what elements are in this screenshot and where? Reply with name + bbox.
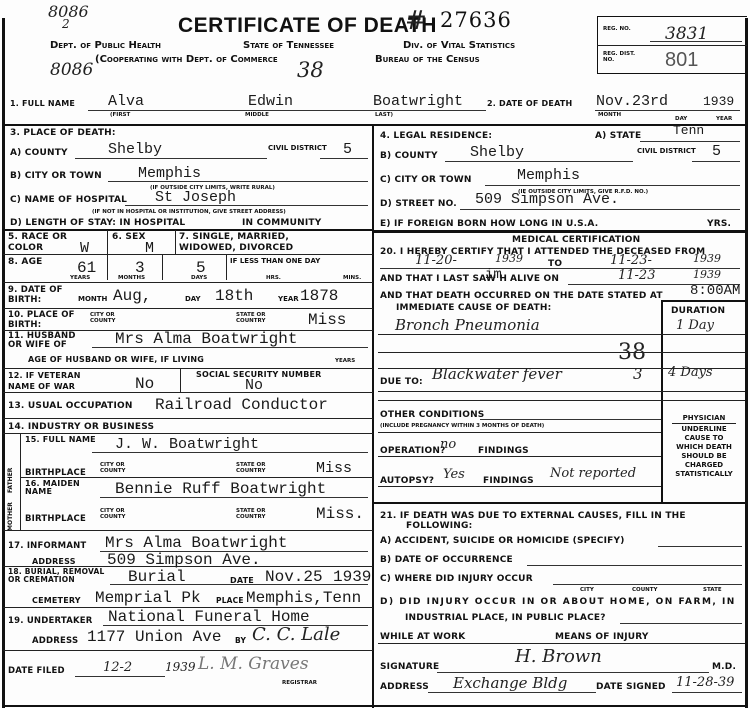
- cert-number-symbol: #: [405, 6, 427, 36]
- father-city-label: CITY OR COUNTY: [100, 462, 130, 474]
- attended-from-year: 1939: [495, 252, 523, 265]
- residence-civil-label: CIVIL DISTRICT: [637, 148, 697, 155]
- date-filed-year: 1939: [165, 660, 196, 674]
- occupation-label: 13. USUAL OCCUPATION: [8, 401, 133, 411]
- death-county: Shelby: [108, 141, 162, 158]
- bureau-census: Bureau of the Census: [375, 54, 480, 65]
- death-time-label: AND THAT DEATH OCCURRED ON THE DATE STAT…: [380, 291, 663, 301]
- burial-date-label: DATE: [230, 576, 254, 585]
- residence-state: Tenn: [673, 123, 704, 138]
- mins-caption: MINS.: [343, 275, 361, 281]
- month-caption: MONTH: [598, 112, 621, 118]
- mother-birthplace-label: BIRTHPLACE: [25, 514, 86, 524]
- hospital-label: C) NAME OF HOSPITAL: [10, 195, 127, 205]
- less-than-day-label: IF LESS THAN ONE DAY: [230, 258, 320, 264]
- dob-month: Aug,: [113, 287, 151, 305]
- registrar-signature: L. M. Graves: [198, 654, 309, 674]
- marital-status-label: 7. SINGLE, MARRIED, WIDOWED, DIVORCED: [179, 232, 329, 254]
- duration-divider: [661, 300, 663, 502]
- years-caption: YEARS: [70, 275, 90, 281]
- death-time: 8:00AM: [690, 283, 740, 299]
- date-of-death-label: 2. DATE OF DEATH: [487, 99, 572, 108]
- physician-address-label: ADDRESS: [380, 682, 429, 692]
- informant-label: 17. INFORMANT: [8, 541, 86, 551]
- dob-year: 1878: [300, 287, 338, 305]
- autopsy-label: AUTOPSY?: [380, 476, 434, 486]
- note-38: 38: [618, 340, 646, 365]
- residence-county: Shelby: [470, 144, 524, 161]
- father-name: J. W. Boatwright: [115, 436, 259, 453]
- attended-from: 11-20-: [415, 253, 457, 268]
- death-civil-label: CIVIL DISTRICT: [268, 145, 328, 152]
- attended-to: 11-23-: [610, 253, 652, 268]
- age-label: 8. AGE: [8, 257, 43, 267]
- father-state-label: STATE OR COUNTRY: [236, 462, 276, 474]
- residence-county-label: B) COUNTY: [380, 151, 438, 161]
- stay-community-label: IN COMMUNITY: [242, 218, 321, 228]
- residence-label: 4. LEGAL RESIDENCE:: [380, 131, 492, 141]
- residence-civil-district: 5: [712, 143, 721, 160]
- year-caption: YEAR: [716, 116, 732, 122]
- occupation-value: Railroad Conductor: [155, 396, 328, 414]
- spouse-name: Mrs Alma Boatwright: [115, 330, 297, 348]
- signature-label: SIGNATURE: [380, 662, 439, 672]
- spouse-label: 11. HUSBAND OR WIFE OF: [8, 332, 88, 350]
- first-caption: (FIRST: [110, 112, 130, 118]
- immediate-cause-label: IMMEDIATE CAUSE OF DEATH:: [396, 303, 551, 313]
- street-value: 509 Simpson Ave.: [475, 191, 619, 208]
- days-caption: DAYS: [191, 275, 207, 281]
- cemetery-value: Memprial Pk: [95, 589, 201, 607]
- accident-label: A) ACCIDENT, SUICIDE OR HOMICIDE (SPECIF…: [380, 536, 625, 546]
- full-name-first: Alva: [108, 93, 144, 110]
- death-city: Memphis: [138, 165, 201, 182]
- death-civil-district: 5: [343, 141, 352, 158]
- burial-label: 18. BURIAL, REMOVAL OR CREMATION: [8, 568, 118, 584]
- alive-on-label: ALIVE ON: [510, 274, 559, 284]
- injury-place-line1: D) DID INJURY OCCUR IN OR ABOUT HOME, ON…: [380, 597, 736, 607]
- day-caption: DAY: [675, 116, 687, 122]
- duration-1: 1 Day: [676, 318, 714, 333]
- full-name-middle: Edwin: [248, 93, 293, 110]
- mother-name-label: 16. MAIDEN NAME: [25, 480, 105, 496]
- sex-label: 6. SEX: [112, 232, 146, 242]
- date-filed: 12-2: [103, 660, 132, 675]
- other-conditions-label: OTHER CONDITIONS: [380, 410, 485, 420]
- mother-city-label: CITY OR COUNTY: [100, 508, 130, 520]
- margin-note-side: 8086: [50, 60, 93, 80]
- last-seen-date: 11-23: [618, 268, 655, 283]
- medical-heading: MEDICAL CERTIFICATION: [512, 235, 640, 245]
- last-seen-year: 1939: [693, 268, 721, 281]
- last-caption: LAST): [375, 112, 393, 118]
- mother-side-label: MOTHER: [7, 483, 14, 531]
- date-of-death-year: 1939: [703, 94, 734, 109]
- place-label: PLACE: [216, 596, 244, 605]
- burial-value: Burial: [128, 568, 186, 586]
- date-filed-label: DATE FILED: [8, 666, 65, 676]
- certificate-title: CERTIFICATE OF DEATH: [178, 14, 437, 38]
- undertaker-address: 1177 Union Ave: [87, 628, 221, 646]
- date-of-death: Nov.23rd: [596, 93, 668, 110]
- residence-state-label: A) STATE: [595, 131, 641, 141]
- dob-day: 18th: [215, 287, 253, 305]
- center-divider: [372, 124, 374, 708]
- spouse-age-label: AGE OF HUSBAND OR WIFE, IF LIVING: [28, 355, 204, 364]
- reg-dist-label: REG. DIST. NO.: [603, 51, 643, 63]
- reg-no-label: REG. NO.: [603, 26, 633, 32]
- middle-caption: MIDDLE: [245, 112, 269, 118]
- physician-note: PHYSICIAN UNDERLINE CAUSE TO WHICH DEATH…: [664, 414, 744, 479]
- while-at-work-label: WHILE AT WORK: [380, 632, 465, 642]
- div-vital-statistics: Div. of Vital Statistics: [403, 40, 515, 51]
- margin-note-sub: 2: [62, 17, 70, 31]
- cemetery-label: CEMETERY: [32, 596, 81, 605]
- foreign-yrs-label: YRS.: [707, 219, 731, 229]
- hospital-note: (IF NOT IN HOSPITAL OR INSTITUTION, GIVE…: [92, 209, 286, 215]
- informant-name: Mrs Alma Boatwright: [105, 534, 287, 552]
- reg-dist: 801: [665, 49, 698, 72]
- means-of-injury-label: MEANS OF INJURY: [555, 632, 649, 642]
- father-name-label: 15. FULL NAME: [25, 436, 105, 444]
- date-signed: 11-28-39: [676, 675, 734, 690]
- date-signed-label: DATE SIGNED: [596, 682, 666, 692]
- stay-label: D) LENGTH OF STAY: IN HOSPITAL: [10, 218, 185, 228]
- hrs-caption: HRS.: [266, 275, 281, 281]
- by-label: BY: [235, 636, 246, 645]
- spouse-years-caption: YEARS: [335, 358, 355, 364]
- burial-date: Nov.25: [265, 568, 323, 586]
- due-to-mark: 3: [633, 365, 643, 383]
- due-to-cause: Blackwater fever: [432, 365, 562, 383]
- dob-day-label: DAY: [185, 296, 201, 302]
- occurrence-date-label: B) DATE OF OCCURRENCE: [380, 555, 513, 565]
- attended-to-year: 1939: [693, 252, 721, 265]
- burial-year: 1939: [333, 568, 371, 586]
- father-state: Miss: [316, 460, 352, 477]
- external-causes-line2: FOLLOWING:: [406, 521, 472, 531]
- dept-public-health: Dept. of Public Health: [50, 40, 161, 51]
- street-label: D) STREET NO.: [380, 199, 457, 209]
- injury-city-caption: CITY: [580, 587, 594, 593]
- birthplace-state: Miss: [308, 311, 346, 329]
- duration-label: DURATION: [671, 306, 725, 316]
- dob-year-label: YEAR: [278, 296, 299, 302]
- place-value: Memphis,Tenn: [246, 589, 361, 607]
- veteran-label: 12. IF VETERAN NAME OF WAR: [8, 370, 108, 392]
- full-name-last: Boatwright: [373, 93, 463, 110]
- injury-state-caption: STATE: [703, 587, 722, 593]
- autopsy-findings: Not reported: [550, 466, 636, 481]
- immediate-cause: Bronch Pneumonia: [395, 316, 540, 334]
- autopsy-findings-label: FINDINGS: [483, 476, 534, 486]
- residence-city-label: C) CITY OR TOWN: [380, 175, 472, 185]
- duration-2: 4 Days: [668, 365, 713, 380]
- external-causes-line1: 21. IF DEATH WAS DUE TO EXTERNAL CAUSES,…: [380, 511, 686, 521]
- right-border: [745, 18, 748, 708]
- residence-city: Memphis: [517, 167, 580, 184]
- death-city-label: B) CITY OR TOWN: [10, 171, 102, 181]
- last-saw-him: im: [485, 267, 502, 283]
- mother-state-label: STATE OR COUNTRY: [236, 508, 276, 520]
- due-to-label: DUE TO:: [380, 377, 423, 387]
- birthplace-city-label: CITY OR COUNTY: [90, 312, 120, 324]
- hospital-name: St Joseph: [155, 189, 236, 206]
- mother-name: Bennie Ruff Boatwright: [115, 480, 326, 498]
- cooperating-commerce: (Cooperating with Dept. of Commerce: [95, 54, 278, 65]
- industry-label: 14. INDUSTRY OR BUSINESS: [8, 422, 154, 432]
- margin-note-center: 38: [297, 58, 324, 82]
- death-county-label: A) COUNTY: [10, 148, 68, 158]
- state-tennessee: State of Tennessee: [243, 40, 334, 51]
- to-label: TO: [548, 259, 562, 269]
- cert-number: 27636: [440, 8, 512, 32]
- left-border: [2, 18, 5, 708]
- physician-address: Exchange Bldg: [453, 674, 567, 692]
- undertaker-address-label: ADDRESS: [32, 636, 78, 646]
- place-of-death-label: 3. PLACE OF DEATH:: [10, 128, 116, 138]
- mother-state: Miss.: [316, 505, 364, 523]
- injury-county-caption: COUNTY: [632, 587, 658, 593]
- md-label: M.D.: [712, 662, 736, 672]
- birthplace-label: 10. PLACE OF BIRTH:: [8, 310, 98, 330]
- other-conditions-note: (INCLUDE PREGNANCY WITHIN 3 MONTHS OF DE…: [380, 423, 544, 429]
- informant-address-label: ADDRESS: [32, 557, 76, 566]
- operation-findings-label: FINDINGS: [478, 446, 529, 456]
- undertaker-label: 19. UNDERTAKER: [8, 616, 93, 626]
- undertaker-signature: C. C. Lale: [252, 624, 340, 645]
- injury-location-label: C) WHERE DID INJURY OCCUR: [380, 574, 533, 584]
- injury-place-line2: INDUSTRIAL PLACE, IN PUBLIC PLACE?: [405, 613, 606, 623]
- operation-value: no: [440, 437, 456, 452]
- registrar-label: REGISTRAR: [282, 680, 317, 686]
- autopsy-value: Yes: [443, 467, 465, 482]
- physician-signature: H. Brown: [515, 646, 602, 667]
- foreign-born-label: E) IF FOREIGN BORN HOW LONG IN U.S.A.: [380, 219, 598, 229]
- dob-month-label: MONTH: [78, 296, 107, 302]
- months-caption: MONTHS: [118, 275, 145, 281]
- dob-label: 9. DATE OF BIRTH:: [8, 285, 68, 305]
- operation-label: OPERATION?: [380, 446, 445, 456]
- birthplace-state-label: STATE OR COUNTRY: [236, 312, 276, 324]
- veteran-value: No: [135, 375, 154, 393]
- full-name-label: 1. FULL NAME: [10, 99, 75, 108]
